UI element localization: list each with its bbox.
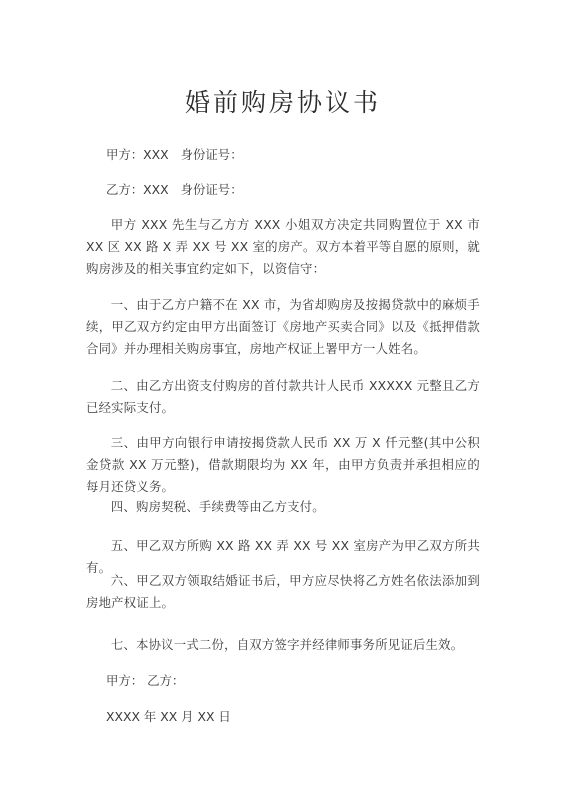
clause-1-block: 一、由于乙方户籍不在 XX 市，为省却购房及按揭贷款中的麻烦手续，甲乙双方约定由… (86, 294, 480, 360)
party-a-id-label: 身份证号： (181, 147, 243, 162)
clause-4-block: 四、购房契税、手续费等由乙方支付。 (86, 496, 480, 518)
party-b-line: 乙方：XXX身份证号： (106, 179, 243, 201)
clause-2-block: 二、由乙方出资支付购房的首付款共计人民币 XXXXX 元整且乙方已经实际支付。 (86, 375, 480, 419)
date-line: XXXX 年 XX 月 XX 日 (106, 706, 231, 728)
party-b-label: 乙方：XXX (106, 182, 169, 197)
clause-4: 四、购房契税、手续费等由乙方支付。 (86, 496, 480, 518)
signature-line: 甲方： 乙方： (106, 670, 184, 692)
clause-3: 三、由甲方向银行申请按揭贷款人民币 XX 万 X 仟元整(其中公积金贷款 XX … (86, 432, 480, 498)
party-b-id-label: 身份证号： (181, 182, 243, 197)
party-a-label: 甲方：XXX (106, 147, 169, 162)
party-a-line: 甲方：XXX身份证号： (106, 144, 243, 166)
clause-3-block: 三、由甲方向银行申请按揭贷款人民币 XX 万 X 仟元整(其中公积金贷款 XX … (86, 432, 480, 498)
clause-6-block: 六、甲乙双方领取结婚证书后，甲方应尽快将乙方姓名依法添加到房地产权证上。 (86, 570, 480, 614)
clause-1: 一、由于乙方户籍不在 XX 市，为省却购房及按揭贷款中的麻烦手续，甲乙双方约定由… (86, 294, 480, 360)
clause-6: 六、甲乙双方领取结婚证书后，甲方应尽快将乙方姓名依法添加到房地产权证上。 (86, 570, 480, 614)
document-page: 婚前购房协议书 甲方：XXX身份证号： 乙方：XXX身份证号： 甲方 XXX 先… (0, 0, 566, 800)
document-title: 婚前购房协议书 (0, 86, 566, 120)
clause-7: 七、本协议一式二份，自双方签字并经律师事务所见证后生效。 (86, 634, 480, 656)
clause-2: 二、由乙方出资支付购房的首付款共计人民币 XXXXX 元整且乙方已经实际支付。 (86, 375, 480, 419)
clause-7-block: 七、本协议一式二份，自双方签字并经律师事务所见证后生效。 (86, 634, 480, 656)
intro-paragraph-block: 甲方 XXX 先生与乙方方 XXX 小姐双方决定共同购置位于 XX 市 XX 区… (86, 214, 480, 280)
intro-paragraph: 甲方 XXX 先生与乙方方 XXX 小姐双方决定共同购置位于 XX 市 XX 区… (86, 214, 480, 280)
